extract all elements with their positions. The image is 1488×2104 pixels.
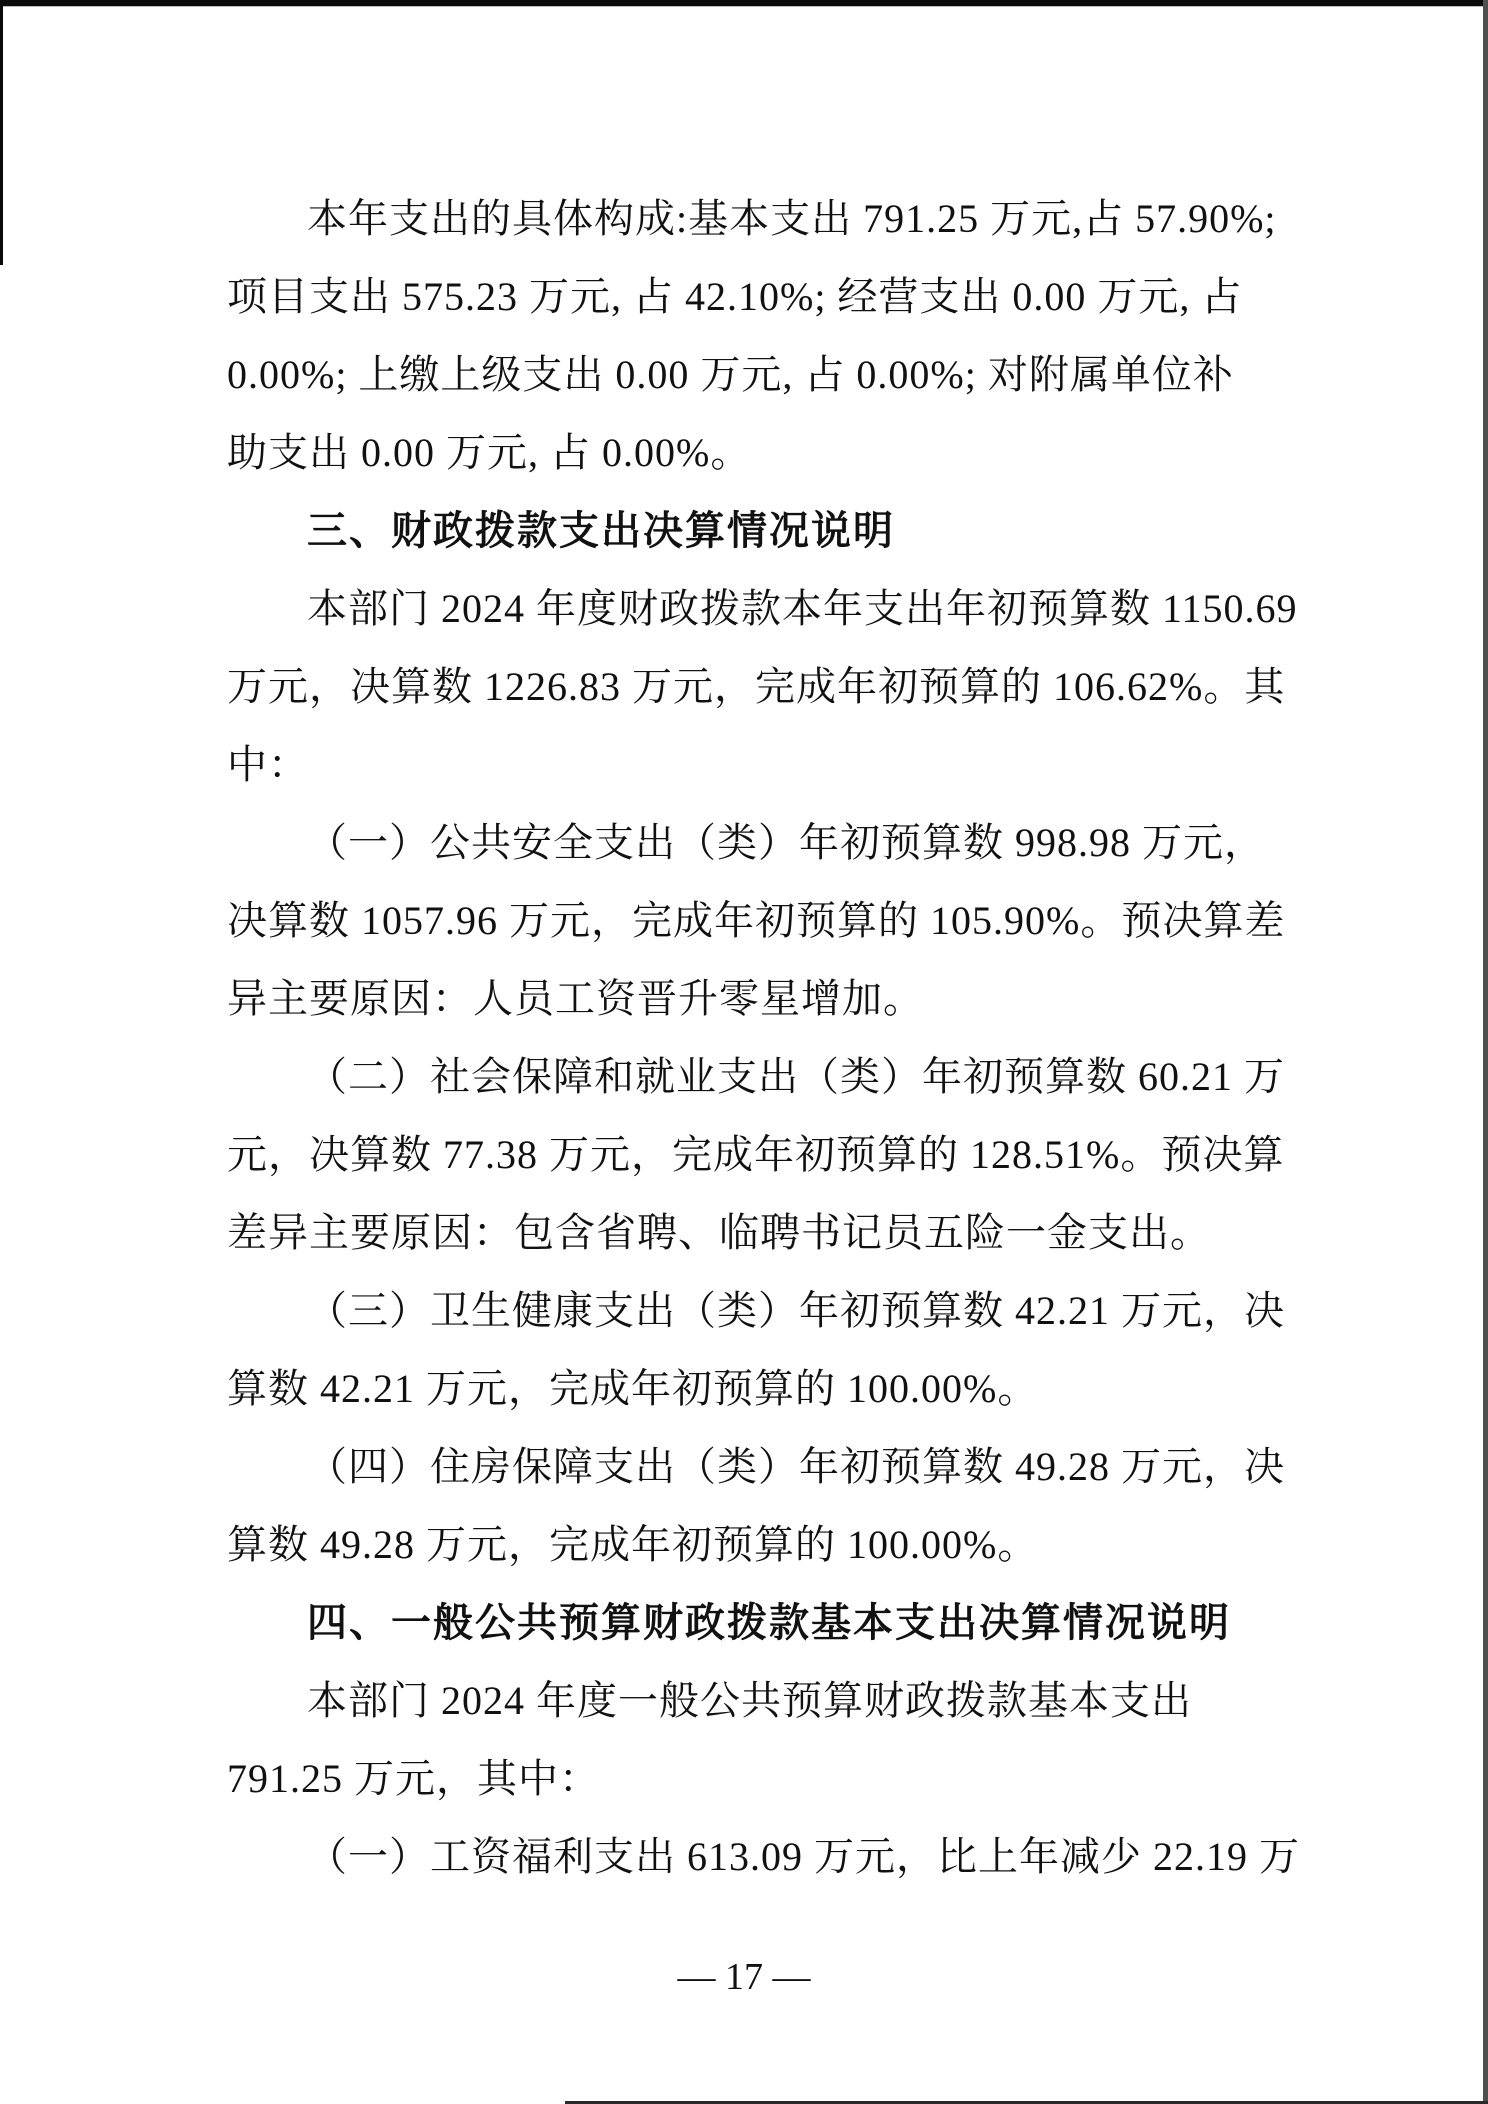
scan-edge-left <box>0 0 3 265</box>
text-line: 差异主要原因：包含省聘、临聘书记员五险一金支出。 <box>227 1194 1258 1272</box>
document-page: 本年支出的具体构成:基本支出 791.25 万元,占 57.90%;项目支出 5… <box>0 0 1488 2104</box>
section-heading: 三、财政拨款支出决算情况说明 <box>227 492 1258 570</box>
text-line: 本部门 2024 年度财政拨款本年支出年初预算数 1150.69 <box>227 570 1258 648</box>
page-number: — 17 — <box>0 1938 1488 2016</box>
text-line: （二）社会保障和就业支出（类）年初预算数 60.21 万 <box>227 1038 1258 1116</box>
text-line: 中： <box>227 726 1258 804</box>
text-line: （一）工资福利支出 613.09 万元，比上年减少 22.19 万 <box>227 1818 1258 1896</box>
text-line: 异主要原因：人员工资晋升零星增加。 <box>227 960 1258 1038</box>
text-line: （一）公共安全支出（类）年初预算数 998.98 万元， <box>227 804 1258 882</box>
text-line: 本部门 2024 年度一般公共预算财政拨款基本支出 <box>227 1662 1258 1740</box>
scan-edge-right <box>1483 0 1488 2104</box>
text-line: 791.25 万元，其中： <box>227 1740 1258 1818</box>
text-line: 万元，决算数 1226.83 万元，完成年初预算的 106.62%。其 <box>227 648 1258 726</box>
text-line: 算数 42.21 万元，完成年初预算的 100.00%。 <box>227 1350 1258 1428</box>
text-line: （四）住房保障支出（类）年初预算数 49.28 万元，决 <box>227 1428 1258 1506</box>
text-line: 决算数 1057.96 万元，完成年初预算的 105.90%。预决算差 <box>227 882 1258 960</box>
text-line: 0.00%; 上缴上级支出 0.00 万元, 占 0.00%; 对附属单位补 <box>227 336 1258 414</box>
text-line: 本年支出的具体构成:基本支出 791.25 万元,占 57.90%; <box>227 180 1258 258</box>
text-line: 算数 49.28 万元，完成年初预算的 100.00%。 <box>227 1506 1258 1584</box>
document-body: 本年支出的具体构成:基本支出 791.25 万元,占 57.90%;项目支出 5… <box>227 180 1258 1896</box>
section-heading: 四、一般公共预算财政拨款基本支出决算情况说明 <box>227 1584 1258 1662</box>
text-line: 元，决算数 77.38 万元，完成年初预算的 128.51%。预决算 <box>227 1116 1258 1194</box>
text-line: （三）卫生健康支出（类）年初预算数 42.21 万元，决 <box>227 1272 1258 1350</box>
text-line: 项目支出 575.23 万元, 占 42.10%; 经营支出 0.00 万元, … <box>227 258 1258 336</box>
scan-edge-top <box>0 0 1488 7</box>
text-line: 助支出 0.00 万元, 占 0.00%。 <box>227 414 1258 492</box>
